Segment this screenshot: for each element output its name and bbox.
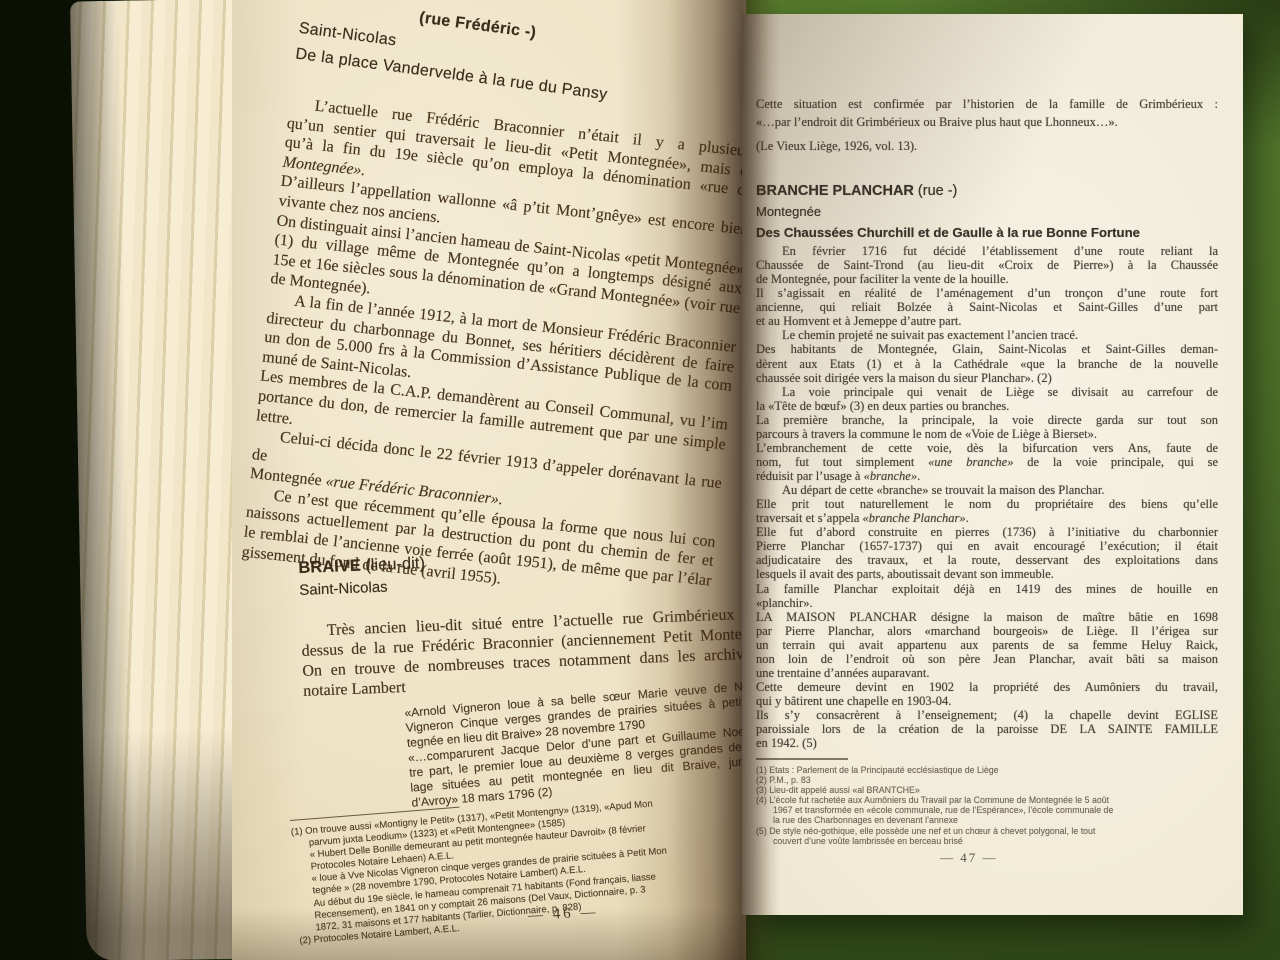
text-line: Chaussée de Saint-Trond (au lieu-dit «Cr…: [756, 258, 1218, 272]
text-line: dèrent aux Etats (1) et à la Cathédrale …: [756, 357, 1218, 371]
text-segment: .: [966, 511, 969, 525]
text-line: Elle prit tout naturellement le nom du p…: [756, 497, 1218, 511]
text-line: Des habitants de Montegnée, Glain, Saint…: [756, 342, 1218, 356]
text-segment: réduisit par l’usage à: [756, 469, 864, 483]
text-segment: BRANCHE PLANCHAR: [756, 183, 914, 199]
text-line: parcours à travers la commune le nom de …: [756, 427, 1218, 441]
text-line: et au Homvent et à Jemeppe d’autre part.: [756, 314, 1218, 328]
text-line: (4) L’école fut rachetée aux Aumôniers d…: [756, 795, 1222, 805]
right-page-section-header: BRANCHE PLANCHAR (rue -)MontegnéeDes Cha…: [756, 182, 1218, 242]
text-line: La famille Planchar exploitait déjà en 1…: [756, 582, 1218, 596]
text-line: Il s’agissait en réalité de l’aménagemen…: [756, 286, 1218, 300]
left-page-body-text: L’actuelle rue Frédéric Braconnier n’éta…: [241, 94, 746, 611]
text-line: réduisit par l’usage à «branche».: [756, 469, 1218, 483]
text-line: 1967 et transformée en «école communale,…: [756, 805, 1222, 815]
text-line: chaussée soit dirigée vers la maison du …: [756, 371, 1218, 385]
text-line: Montegnée: [756, 203, 1218, 221]
text-line: par Pierre Planchar, alors «marchand bou…: [756, 624, 1218, 638]
text-line: (3) Lieu-dit appelé aussi «al BRANTCHE»: [756, 785, 1222, 795]
text-segment: (lieu-dit): [360, 554, 425, 574]
text-line: (5) De style néo-gothique, elle possède …: [756, 826, 1222, 836]
text-line: traversait et s’appela «branche Planchar…: [756, 511, 1218, 525]
text-segment: .: [917, 469, 920, 483]
text-line: L’embranchement de cette voie, dès la bi…: [756, 441, 1218, 455]
right-page-intro-paragraph: Cette situation est confirmée par l’hist…: [756, 96, 1218, 156]
text-line: la «Tête de bœuf» (3) en deux parties ou…: [756, 399, 1218, 413]
text-line: Le chemin projeté ne suivait pas exactem…: [756, 328, 1218, 342]
text-line: (Le Vieux Liège, 1926, vol. 13).: [756, 138, 1218, 156]
text-line: (1) Etats : Parlement de la Principauté …: [756, 765, 1222, 775]
text-segment: nom, fut tout simplement: [756, 455, 928, 469]
text-line: paroissiale lors de la création de la pa…: [756, 722, 1218, 736]
text-line: adjudicataire des travaux, et la route, …: [756, 553, 1218, 567]
text-segment: traversait et s’appela: [756, 511, 863, 525]
right-page: Cette situation est confirmée par l’hist…: [742, 14, 1243, 915]
right-page-body-text: En février 1716 fut décidé l’établisseme…: [756, 244, 1218, 750]
text-line: En février 1716 fut décidé l’établisseme…: [756, 244, 1218, 258]
text-line: en 1942. (5): [756, 736, 1218, 750]
text-line: Pierre Planchar (1657-1737) qui en avait…: [756, 539, 1218, 553]
text-line: Elle fut d’abord construite en pierres (…: [756, 525, 1218, 539]
text-line: La voie principale qui venait de Liège s…: [756, 385, 1218, 399]
text-line: une trentaine d’années auparavant.: [756, 666, 1218, 680]
text-segment: «branche»: [864, 469, 917, 483]
text-line: LA MAISON PLANCHAR désigne la maison de …: [756, 610, 1218, 624]
left-page-braive-section: BRAIVE (lieu-dit)Saint-NicolasTrès ancie…: [298, 538, 746, 702]
text-line: «…par l’endroit dit Grimbérieux ou Braiv…: [756, 114, 1218, 132]
text-line: «planchir».: [756, 596, 1218, 610]
text-line: Au départ de cette «branche» se trouvait…: [756, 483, 1218, 497]
text-segment: «une branche»: [928, 455, 1013, 469]
text-segment: de la voie principale, qui se: [1013, 455, 1218, 469]
text-line: un terrain qui avait appartenu aux paren…: [756, 638, 1218, 652]
page-number-right: — 47 —: [940, 850, 998, 866]
text-line: Cette demeure devint en 1902 la propriét…: [756, 680, 1218, 694]
book-photo-scene: (rue Frédéric -)Saint-NicolasDe la place…: [0, 0, 1280, 960]
text-segment: «branche Planchar»: [863, 511, 966, 525]
text-line: Des Chaussées Churchill et de Gaulle à l…: [756, 224, 1218, 242]
text-line: ancienne, qui reliait Bolzée à Saint-Nic…: [756, 300, 1218, 314]
text-line: BRANCHE PLANCHAR (rue -): [756, 182, 1218, 201]
text-line: de Montegnée, pour faciliter la vente de…: [756, 272, 1218, 286]
text-line: non loin de l’endroit où son père Jean P…: [756, 652, 1218, 666]
footnote-rule: [756, 758, 848, 760]
left-page: (rue Frédéric -)Saint-NicolasDe la place…: [232, 0, 746, 960]
right-page-footnotes: (1) Etats : Parlement de la Principauté …: [756, 765, 1222, 846]
text-line: couvert d’une voûte lambrissée en bercea…: [756, 836, 1222, 846]
text-segment: (rue -): [914, 183, 958, 199]
text-segment: BRAIVE: [298, 557, 361, 577]
left-page-footnotes: (1) On trouve aussi «Montigny le Petit» …: [290, 783, 746, 947]
text-line: La première branche, la principale, la v…: [756, 413, 1218, 427]
text-line: lesquels il avait des parts, aboutissait…: [756, 567, 1218, 581]
text-line: (2) P.M., p. 83: [756, 775, 1222, 785]
text-line: qui y bâtirent une chapelle en 1903-04.: [756, 694, 1218, 708]
text-line: Cette situation est confirmée par l’hist…: [756, 96, 1218, 114]
text-line: nom, fut tout simplement «une branche» d…: [756, 455, 1218, 469]
text-line: la rue des Charbonnages en devenant l’an…: [756, 815, 1222, 825]
text-line: Ils s’y consacrèrent à l’enseignement; (…: [756, 708, 1218, 722]
